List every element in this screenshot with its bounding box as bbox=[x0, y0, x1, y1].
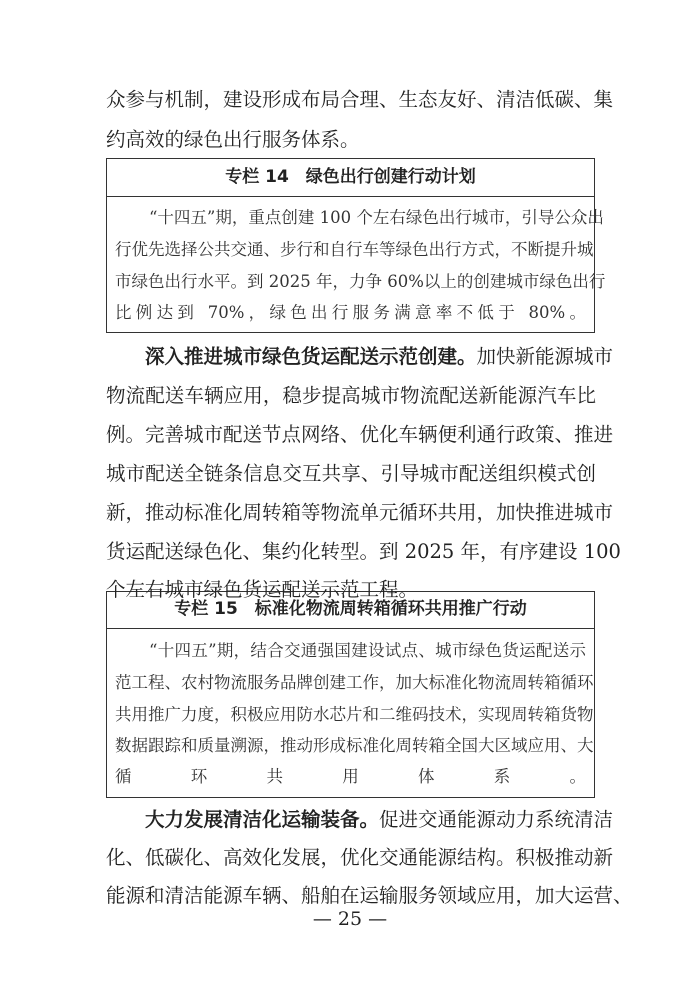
page-number: — 25 — bbox=[0, 908, 700, 930]
equipment-first-line-rest: 促进交通能源动力系统清洁 bbox=[379, 808, 613, 831]
column-14-line-2: 行优先选择公共交通、步行和自行车等绿色出行方式，不断提升城 bbox=[115, 239, 586, 261]
freight-line-1: 深入推进城市绿色货运配送示范创建。加快新能源城市 bbox=[145, 345, 596, 369]
column-14-title: 专栏 14 绿色出行创建行动计划 bbox=[107, 159, 594, 197]
freight-line-6: 货运配送绿色化、集约化转型。到 2025 年，有序建设 100 bbox=[106, 540, 596, 564]
freight-line-4: 城市配送全链条信息交互共享、引导城市配送组织模式创 bbox=[106, 462, 596, 486]
column-15-line-4: 数据跟踪和质量溯源，推动形成标准化周转箱全国大区域应用、大 bbox=[115, 735, 586, 757]
intro-line-1: 众参与机制，建设形成布局合理、生态友好、清洁低碳、集 bbox=[106, 88, 596, 112]
column-14-line-3: 市绿色出行水平。到 2025 年，力争 60%以上的创建城市绿色出行 bbox=[115, 271, 586, 293]
equipment-line-2: 化、低碳化、高效化发展，优化交通能源结构。积极推动新 bbox=[106, 846, 596, 870]
equipment-line-1: 大力发展清洁化运输装备。促进交通能源动力系统清洁 bbox=[145, 808, 596, 832]
freight-first-line-rest: 加快新能源城市 bbox=[477, 345, 614, 368]
document-page: 众参与机制，建设形成布局合理、生态友好、清洁低碳、集 约高效的绿色出行服务体系。… bbox=[0, 0, 700, 990]
column-14-line-1: “十四五”期，重点创建 100 个左右绿色出行城市，引导公众出 bbox=[149, 207, 586, 229]
column-15-line-1: “十四五”期，结合交通强国建设试点、城市绿色货运配送示 bbox=[149, 640, 586, 662]
column-15-line-5: 循环共用体系。 bbox=[115, 766, 586, 788]
column-14-line-4: 比例达到 70%，绿色出行服务满意率不低于 80%。 bbox=[115, 302, 586, 324]
freight-line-5: 新，推动标准化周转箱等物流单元循环共用，加快推进城市 bbox=[106, 501, 596, 525]
equipment-line-3: 能源和清洁能源车辆、船舶在运输服务领域应用，加大运营、 bbox=[106, 884, 596, 908]
freight-line-7: 个左右城市绿色货运配送示范工程。 bbox=[106, 578, 596, 602]
freight-line-2: 物流配送车辆应用，稳步提高城市物流配送新能源汽车比 bbox=[106, 384, 596, 408]
freight-heading: 深入推进城市绿色货运配送示范创建。 bbox=[145, 345, 477, 368]
intro-line-2: 约高效的绿色出行服务体系。 bbox=[106, 128, 596, 152]
equipment-heading: 大力发展清洁化运输装备。 bbox=[145, 808, 379, 831]
freight-line-3: 例。完善城市配送节点网络、优化车辆便利通行政策、推进 bbox=[106, 423, 596, 447]
column-15-line-3: 共用推广力度，积极应用防水芯片和二维码技术，实现周转箱货物 bbox=[115, 704, 586, 726]
column-15-box: 专栏 15 标准化物流周转箱循环共用推广行动 “十四五”期，结合交通强国建设试点… bbox=[106, 591, 595, 798]
column-15-line-2: 范工程、农村物流服务品牌创建工作，加大标准化物流周转箱循环 bbox=[115, 672, 586, 694]
column-14-box: 专栏 14 绿色出行创建行动计划 “十四五”期，重点创建 100 个左右绿色出行… bbox=[106, 158, 595, 333]
